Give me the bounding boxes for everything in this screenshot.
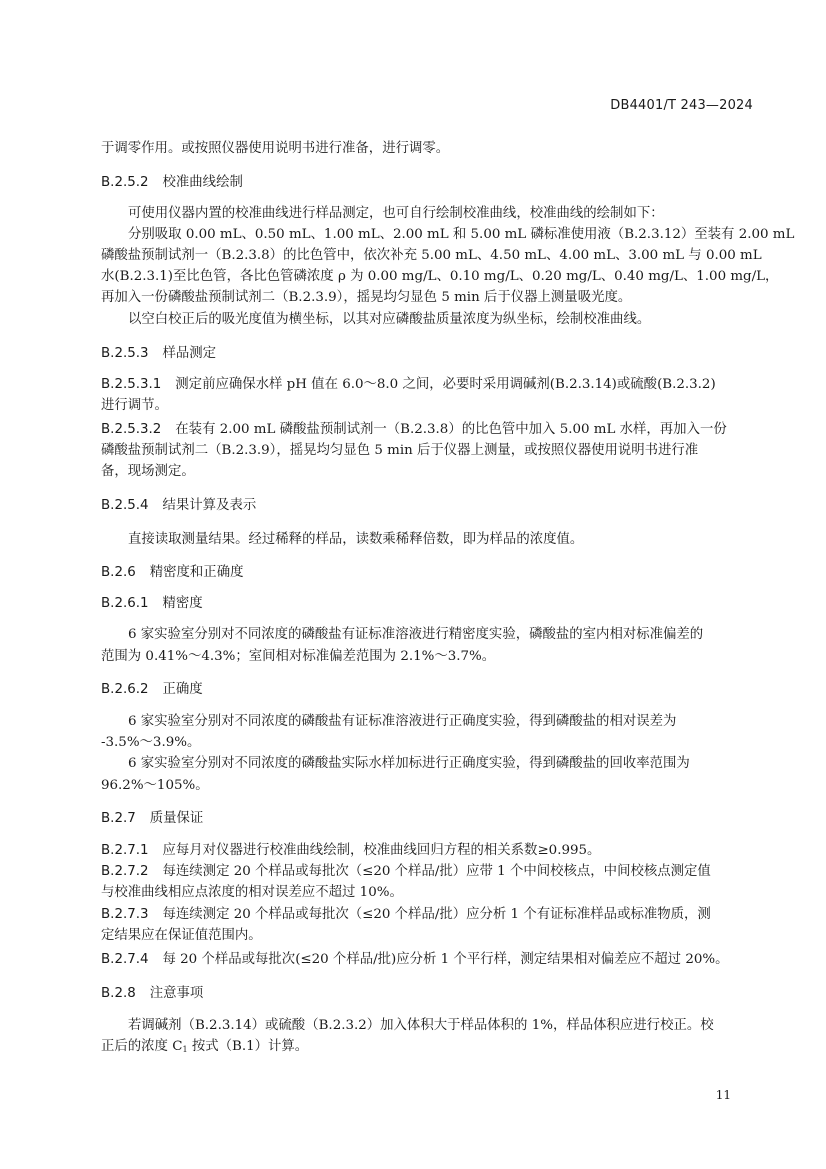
section-title: 正确度 (163, 682, 203, 697)
paragraph-line: 以空白校正后的吸光度值为横坐标，以其对应磷酸盐质量浓度为纵坐标，绘制校准曲线。 (128, 311, 751, 329)
section-number: B.2.5.2 (101, 174, 149, 192)
section-heading-b27: B.2.7质量保证 (101, 810, 203, 828)
paragraph-line: 定结果应在保证值范围内。 (101, 927, 751, 945)
section-heading-b261: B.2.6.1精密度 (101, 595, 203, 613)
paragraph-line: 96.2%～105%。 (101, 777, 751, 795)
section-number: B.2.7 (101, 810, 136, 828)
section-heading-b26: B.2.6精密度和正确度 (101, 564, 243, 582)
clause-number: B.2.5.3.1 (101, 377, 161, 392)
clause-b272: B.2.7.2每连续测定 20 个样品或每批次（≤20 个样品/批）应带 1 个… (101, 863, 751, 881)
section-number: B.2.6 (101, 564, 136, 582)
clause-number: B.2.7.4 (101, 952, 149, 967)
clause-number: B.2.7.2 (101, 864, 149, 879)
paragraph-line: 正后的浓度 C1 按式（B.1）计算。 (101, 1038, 751, 1059)
clause-text: 每连续测定 20 个样品或每批次（≤20 个样品/批）应分析 1 个有证标准样品… (163, 907, 711, 922)
clause-text: 每连续测定 20 个样品或每批次（≤20 个样品/批）应带 1 个中间校核点，中… (163, 864, 711, 879)
section-number: B.2.6.2 (101, 681, 149, 699)
page-number: 11 (716, 1088, 731, 1102)
continuation-text: 于调零作用。或按照仪器使用说明书进行准备，进行调零。 (101, 140, 751, 158)
paragraph-line: 磷酸盐预制试剂一（B.2.3.8）的比色管中，依次补充 5.00 mL、4.50… (101, 247, 751, 265)
clause-text: 应每月对仪器进行校准曲线绘制，校准曲线回归方程的相关系数≥0.995。 (163, 843, 601, 858)
clause-b2532: B.2.5.3.2在装有 2.00 mL 磷酸盐预制试剂一（B.2.3.8）的比… (101, 421, 751, 439)
paragraph-line: 再加入一份磷酸盐预制试剂二（B.2.3.9），摇晃均匀显色 5 min 后于仪器… (101, 289, 751, 307)
section-title: 精密度 (163, 596, 203, 611)
clause-text: 测定前应确保水样 pH 值在 6.0～8.0 之间，必要时采用调碱剂(B.2.3… (175, 377, 715, 392)
clause-b2531: B.2.5.3.1测定前应确保水样 pH 值在 6.0～8.0 之间，必要时采用… (101, 376, 751, 394)
clause-number: B.2.5.3.2 (101, 422, 161, 437)
paragraph-line: 水(B.2.3.1)至比色管，各比色管磷浓度 ρ 为 0.00 mg/L、0.1… (101, 268, 751, 286)
section-number: B.2.5.4 (101, 497, 149, 515)
section-heading-b28: B.2.8注意事项 (101, 985, 203, 1003)
paragraph-line: 分别吸取 0.00 mL、0.50 mL、1.00 mL、2.00 mL 和 5… (128, 226, 751, 244)
document-page: DB4401/T 243—2024 于调零作用。或按照仪器使用说明书进行准备，进… (0, 0, 826, 1169)
clause-b271: B.2.7.1应每月对仪器进行校准曲线绘制，校准曲线回归方程的相关系数≥0.99… (101, 842, 751, 860)
section-heading-b262: B.2.6.2正确度 (101, 681, 203, 699)
paragraph-line: 6 家实验室分别对不同浓度的磷酸盐有证标准溶液进行正确度实验，得到磷酸盐的相对误… (128, 713, 751, 731)
text-fragment: 正后的浓度 C (101, 1039, 182, 1054)
section-title: 校准曲线绘制 (163, 175, 243, 190)
paragraph-line: 范围为 0.41%～4.3%；室间相对标准偏差范围为 2.1%～3.7%。 (101, 648, 751, 666)
clause-text: 每 20 个样品或每批次(≤20 个样品/批)应分析 1 个平行样，测定结果相对… (163, 952, 729, 967)
paragraph-line: 进行调节。 (101, 397, 751, 415)
clause-text: 在装有 2.00 mL 磷酸盐预制试剂一（B.2.3.8）的比色管中加入 5.0… (175, 422, 726, 437)
clause-number: B.2.7.1 (101, 843, 149, 858)
section-title: 结果计算及表示 (163, 498, 257, 513)
section-heading-b254: B.2.5.4结果计算及表示 (101, 497, 256, 515)
section-heading-b252: B.2.5.2校准曲线绘制 (101, 174, 243, 192)
standard-code: DB4401/T 243—2024 (610, 98, 753, 113)
section-title: 精密度和正确度 (150, 565, 244, 580)
paragraph-line: 磷酸盐预制试剂二（B.2.3.9），摇晃均匀显色 5 min 后于仪器上测量，或… (101, 442, 751, 460)
section-number: B.2.5.3 (101, 345, 149, 363)
section-title: 质量保证 (150, 811, 204, 826)
clause-b274: B.2.7.4每 20 个样品或每批次(≤20 个样品/批)应分析 1 个平行样… (101, 951, 751, 969)
clause-number: B.2.7.3 (101, 907, 149, 922)
section-number: B.2.6.1 (101, 595, 149, 613)
paragraph-line: 备，现场测定。 (101, 463, 751, 481)
section-title: 样品测定 (163, 346, 217, 361)
paragraph-line: 6 家实验室分别对不同浓度的磷酸盐有证标准溶液进行精密度实验，磷酸盐的室内相对标… (128, 626, 751, 644)
paragraph-line: 与校准曲线相应点浓度的相对误差应不超过 10%。 (101, 884, 751, 902)
paragraph-line: 直接读取测量结果。经过稀释的样品，读数乘稀释倍数，即为样品的浓度值。 (128, 531, 751, 549)
paragraph-line: 可使用仪器内置的校准曲线进行样品测定，也可自行绘制校准曲线，校准曲线的绘制如下： (128, 205, 751, 223)
paragraph-line: -3.5%～3.9%。 (101, 734, 751, 752)
paragraph-line: 6 家实验室分别对不同浓度的磷酸盐实际水样加标进行正确度实验，得到磷酸盐的回收率… (128, 755, 751, 773)
section-heading-b253: B.2.5.3样品测定 (101, 345, 216, 363)
text-fragment: 按式（B.1）计算。 (188, 1039, 309, 1054)
clause-b273: B.2.7.3每连续测定 20 个样品或每批次（≤20 个样品/批）应分析 1 … (101, 906, 751, 924)
section-title: 注意事项 (150, 986, 204, 1001)
paragraph-line: 若调碱剂（B.2.3.14）或硫酸（B.2.3.2）加入体积大于样品体积的 1%… (128, 1017, 751, 1035)
section-number: B.2.8 (101, 985, 136, 1003)
